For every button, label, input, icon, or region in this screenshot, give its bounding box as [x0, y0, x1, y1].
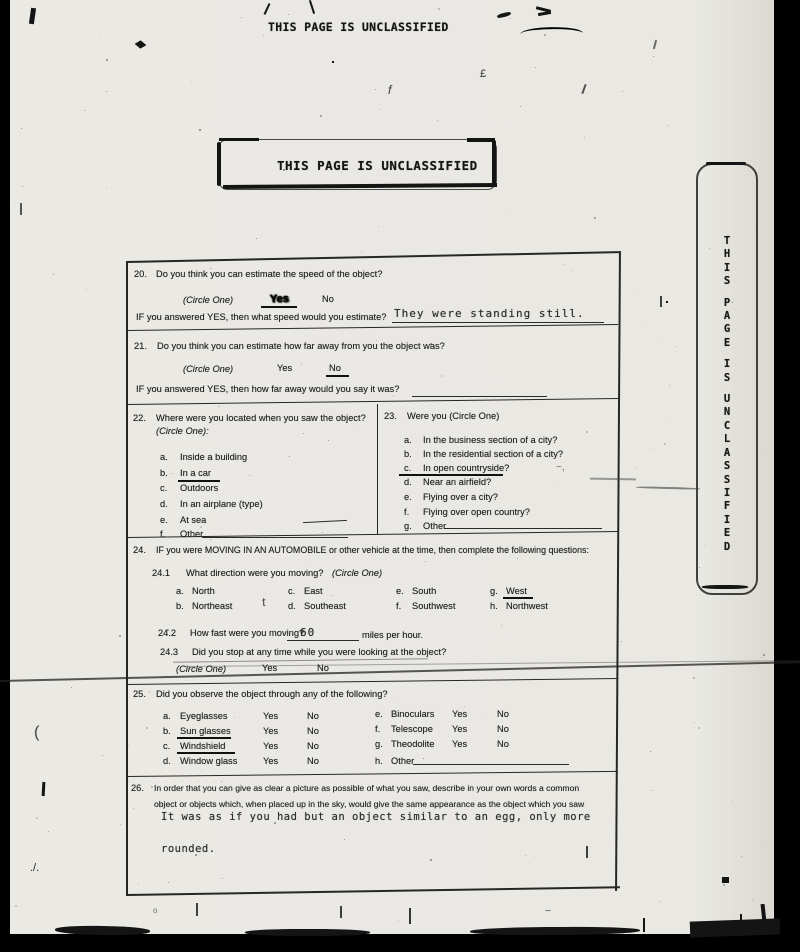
side-stamp-word: UNCLASSIFIED — [723, 393, 732, 554]
q24-3-text: Did you stop at any time while you were … — [192, 647, 446, 657]
q26-typed-answer-line1: It was as if you had but an object simil… — [161, 811, 591, 823]
q23-option-label: In the business section of a city? — [423, 435, 557, 445]
noise-speck — [559, 484, 560, 485]
noise-speck — [437, 120, 438, 121]
q24-1-number: 24.1 — [152, 568, 170, 578]
q20-number: 20. — [134, 269, 147, 279]
noise-speck — [652, 790, 653, 791]
noise-speck — [168, 882, 169, 883]
q25-item-label: Binoculars — [391, 709, 434, 719]
q20-answer-line — [392, 322, 604, 323]
noise-speck — [660, 901, 661, 902]
q25-item-key: e. — [375, 709, 383, 719]
q24-1-option-label: East — [304, 586, 323, 596]
q25-yes-label: Yes — [263, 726, 278, 736]
noise-speck — [694, 722, 695, 723]
q24-2-answer-line — [287, 640, 359, 641]
q26-text-line1: In order that you can give as clear a pi… — [154, 783, 579, 793]
q22-number: 22. — [133, 413, 146, 423]
q22-option-label: In a car — [180, 468, 211, 478]
noise-speck — [172, 473, 173, 474]
noise-speck — [341, 172, 342, 173]
q24-1-text: What direction were you moving? — [186, 568, 323, 578]
noise-speck — [379, 109, 380, 110]
q24-1-circle-one-label: (Circle One) — [332, 568, 382, 578]
noise-speck — [344, 839, 345, 840]
scan-artifact: f — [388, 83, 391, 97]
q21-no-underline-mark — [326, 375, 349, 377]
q23-option-label: In the residential section of a city? — [423, 449, 563, 459]
q20-circle-one-label: (Circle One) — [183, 295, 233, 305]
noise-speck — [732, 801, 733, 802]
noise-speck — [258, 481, 259, 482]
q25-sunglasses-underline-mark — [177, 737, 231, 739]
q22-option-key: e. — [160, 515, 168, 525]
q23-option-key: d. — [404, 477, 412, 487]
q23-countryside-underline-mark — [399, 474, 503, 476]
noise-speck — [102, 843, 103, 844]
q25-item-key: h. — [375, 756, 383, 766]
noise-speck — [375, 89, 376, 90]
q21-circle-one-label: (Circle One) — [183, 364, 233, 374]
scanned-page: { "banner": {"text": "THIS PAGE IS UNCLA… — [0, 0, 800, 952]
scan-artifact: o — [153, 906, 157, 915]
q25-item-key: d. — [163, 756, 171, 766]
q25-no-label: No — [307, 711, 319, 721]
q22-option-key: d. — [160, 499, 168, 509]
q25-text: Did you observe the object through any o… — [156, 689, 388, 699]
q24-3-answer-no: No — [317, 663, 329, 673]
q24-1-option-key: h. — [490, 601, 498, 611]
q25-item-key: g. — [375, 739, 383, 749]
scan-artifact: ( — [34, 724, 39, 742]
noise-speck — [705, 545, 706, 546]
q24-2-typed-answer: 60 — [300, 626, 315, 639]
q25-no-label: No — [497, 739, 509, 749]
form-border-left — [126, 261, 128, 895]
noise-speck — [289, 456, 290, 457]
noise-speck — [693, 677, 695, 679]
noise-speck — [676, 346, 677, 347]
q21-text: Do you think you can estimate how far aw… — [157, 341, 445, 351]
noise-speck — [274, 822, 276, 824]
scan-artifact — [196, 903, 198, 916]
q23-text: Were you (Circle One) — [407, 411, 499, 421]
scan-edge-blob — [690, 918, 781, 937]
q22-option-key: f. — [160, 529, 165, 539]
scan-edge-blob — [245, 929, 370, 936]
q25-item-key: a. — [163, 711, 171, 721]
q22-circle-one-label: (Circle One): — [156, 426, 209, 436]
q23-other-line — [444, 528, 602, 529]
noise-speck — [430, 859, 432, 861]
q25-no-label: No — [497, 724, 509, 734]
stamp-heavy-left-stroke — [217, 142, 221, 186]
q22-text: Where were you located when you saw the … — [156, 413, 366, 423]
q25-no-label: No — [307, 726, 319, 736]
noise-speck — [361, 252, 362, 253]
noise-speck — [222, 878, 223, 879]
q25-item-label: Other — [391, 756, 414, 766]
column-divider — [377, 404, 378, 535]
q23-option-key: e. — [404, 492, 412, 502]
noise-speck — [438, 8, 440, 10]
unclassified-stamp-text: THIS PAGE IS UNCLASSIFIED — [277, 158, 478, 173]
q23-option-key: b. — [404, 449, 412, 459]
scan-artifact — [666, 301, 668, 303]
q22-option-label: Inside a building — [180, 452, 247, 462]
q20-text: Do you think you can estimate the speed … — [156, 269, 382, 279]
q22-other-line — [202, 537, 348, 538]
q24-text: IF you were MOVING IN AN AUTOMOBILE or o… — [156, 545, 589, 555]
noise-speck — [756, 230, 757, 231]
scan-artifact: £ — [480, 68, 486, 80]
q25-item-label: Sun glasses — [180, 726, 231, 736]
noise-speck — [128, 745, 129, 746]
q21-number: 21. — [134, 341, 147, 351]
noise-speck — [36, 817, 38, 819]
side-stamp-heavy-bottom — [702, 585, 748, 589]
q24-west-underline-mark — [503, 597, 533, 599]
noise-speck — [158, 588, 159, 589]
noise-speck — [288, 14, 289, 15]
scan-artifact — [340, 906, 342, 918]
scan-artifact — [332, 61, 334, 63]
q24-3-circle-one-label: (Circle One) — [176, 664, 226, 674]
q24-1-option-label: Southeast — [304, 601, 346, 611]
noise-speck — [355, 424, 356, 425]
noise-speck — [668, 125, 669, 126]
stamp-heavy-topleft-stroke — [219, 138, 259, 141]
scan-artifact: ~ — [545, 906, 551, 917]
q25-no-label: No — [497, 709, 509, 719]
noise-speck — [199, 129, 201, 131]
side-stamp-word: PAGE — [723, 297, 732, 351]
q24-1-option-label: West — [506, 586, 527, 596]
q24-1-option-label: North — [192, 586, 215, 596]
q23-option-key: c. — [404, 463, 411, 473]
noise-speck — [15, 905, 17, 907]
noise-speck — [650, 751, 651, 752]
side-stamp-word: THIS — [723, 235, 732, 289]
side-unclassified-stamp: THIS PAGE IS UNCLASSIFIED — [696, 163, 758, 595]
q25-item-label: Window glass — [180, 756, 237, 766]
scan-artifact — [586, 846, 588, 858]
noise-speck — [492, 438, 493, 439]
q26-text-line2: object or objects which, when placed up … — [154, 799, 584, 809]
q24-1-option-key: e. — [396, 586, 404, 596]
scan-edge-blob — [55, 925, 150, 936]
side-stamp-word: IS — [723, 358, 732, 385]
noise-speck — [48, 831, 49, 832]
q20-followup-text: IF you answered YES, then what speed wou… — [136, 312, 386, 322]
q23-option-label: Flying over open country? — [423, 507, 530, 517]
q22-option-label: Outdoors — [180, 483, 218, 493]
noise-speck — [463, 726, 464, 727]
q21-followup-text: IF you answered YES, then how far away w… — [136, 384, 399, 394]
q20-yes-underline-mark — [261, 306, 297, 308]
q22-option-label: Other — [180, 529, 203, 539]
noise-speck — [146, 727, 148, 729]
q24-1-option-key: g. — [490, 586, 498, 596]
noise-speck — [534, 856, 535, 857]
top-classification-banner: THIS PAGE IS UNCLASSIFIED — [268, 20, 449, 34]
noise-speck — [723, 884, 725, 886]
q24-2-text: How fast were you moving? — [190, 628, 304, 638]
q24-1-option-key: b. — [176, 601, 184, 611]
q22-option-label: In an airplane (type) — [180, 499, 263, 509]
noise-speck — [425, 561, 426, 562]
noise-speck — [221, 781, 222, 782]
q24-3-number: 24.3 — [160, 647, 178, 657]
q22-option-key: b. — [160, 468, 168, 478]
unclassified-stamp-box: THIS PAGE IS UNCLASSIFIED — [218, 139, 497, 190]
q23-option-label: Other — [423, 521, 446, 531]
q25-yes-label: Yes — [452, 709, 467, 719]
q25-number: 25. — [133, 689, 146, 699]
side-stamp-heavy-top — [706, 162, 746, 165]
stamp-heavy-topright-stroke — [467, 138, 495, 142]
q25-item-key: f. — [375, 724, 380, 734]
q22-in-a-car-underline-mark — [178, 480, 220, 482]
q25-item-label: Theodolite — [391, 739, 434, 749]
noise-speck — [58, 627, 59, 628]
q25-yes-label: Yes — [452, 739, 467, 749]
q25-item-key: b. — [163, 726, 171, 736]
scan-artifact: ~, — [556, 462, 565, 473]
q24-1-option-key: a. — [176, 586, 184, 596]
q26-typed-answer-line2: rounded. — [161, 843, 216, 855]
scan-artifact: ./. — [30, 862, 39, 874]
q22-option-key: a. — [160, 452, 168, 462]
q24-1-option-key: d. — [288, 601, 296, 611]
scan-artifact — [643, 918, 645, 932]
noise-speck — [263, 35, 264, 36]
q24-1-option-label: Southwest — [412, 601, 455, 611]
q21-answer-yes: Yes — [277, 363, 292, 373]
noise-speck — [149, 692, 150, 693]
q26-number: 26. — [131, 783, 144, 793]
q22-option-key: c. — [160, 483, 167, 493]
q20-answer-yes: Yes — [270, 293, 289, 306]
q20-answer-no: No — [322, 294, 334, 304]
q22-option-label: At sea — [180, 515, 206, 525]
q25-item-label: Telescope — [391, 724, 433, 734]
scan-edge-blob — [470, 926, 640, 935]
noise-speck — [741, 856, 742, 857]
q23-option-key: a. — [404, 435, 412, 445]
q23-number: 23. — [384, 411, 397, 421]
stamp-heavy-right-stroke — [492, 140, 496, 186]
q23-option-key: g. — [404, 521, 412, 531]
q23-option-label: Near an airfield? — [423, 477, 491, 487]
q24-3-answer-yes: Yes — [262, 663, 277, 673]
q25-no-label: No — [307, 756, 319, 766]
scan-artifact — [722, 877, 729, 883]
noise-speck — [517, 558, 518, 559]
q25-yes-label: Yes — [263, 756, 278, 766]
q24-2-suffix: miles per hour. — [362, 630, 423, 640]
q23-option-label: In open countryside? — [423, 463, 509, 473]
q20-typed-answer: They were standing still. — [394, 307, 585, 320]
q23-option-label: Flying over a city? — [423, 492, 498, 502]
scan-artifact — [660, 296, 662, 307]
noise-speck — [102, 755, 103, 756]
q24-1-option-key: c. — [288, 586, 295, 596]
q25-yes-label: Yes — [263, 711, 278, 721]
q24-1-option-label: South — [412, 586, 436, 596]
q21-answer-line — [412, 396, 547, 397]
q25-item-key: c. — [163, 741, 170, 751]
q24-number: 24. — [133, 545, 146, 555]
noise-speck — [622, 91, 623, 92]
noise-speck — [361, 814, 362, 815]
q25-no-label: No — [307, 741, 319, 751]
stamp-heavy-bottom-stroke — [223, 183, 497, 188]
noise-speck — [191, 81, 192, 82]
q25-item-label: Eyeglasses — [180, 711, 228, 721]
q25-item-label: Windshield — [180, 741, 225, 751]
q24-1-option-key: f. — [396, 601, 401, 611]
scan-artifact — [409, 908, 411, 924]
q25-yes-label: Yes — [263, 741, 278, 751]
noise-speck — [698, 727, 700, 729]
q25-windshield-underline-mark — [177, 752, 235, 754]
q25-other-line — [413, 764, 569, 765]
noise-speck — [283, 169, 285, 171]
q24-1-option-label: Northeast — [192, 601, 232, 611]
noise-speck — [656, 336, 657, 337]
noise-speck — [752, 899, 753, 900]
q24-1-option-label: Northwest — [506, 601, 548, 611]
noise-speck — [509, 745, 510, 746]
q23-option-key: f. — [404, 507, 409, 517]
scan-artifact — [20, 203, 22, 215]
q25-yes-label: Yes — [452, 724, 467, 734]
q21-answer-no: No — [329, 363, 341, 373]
